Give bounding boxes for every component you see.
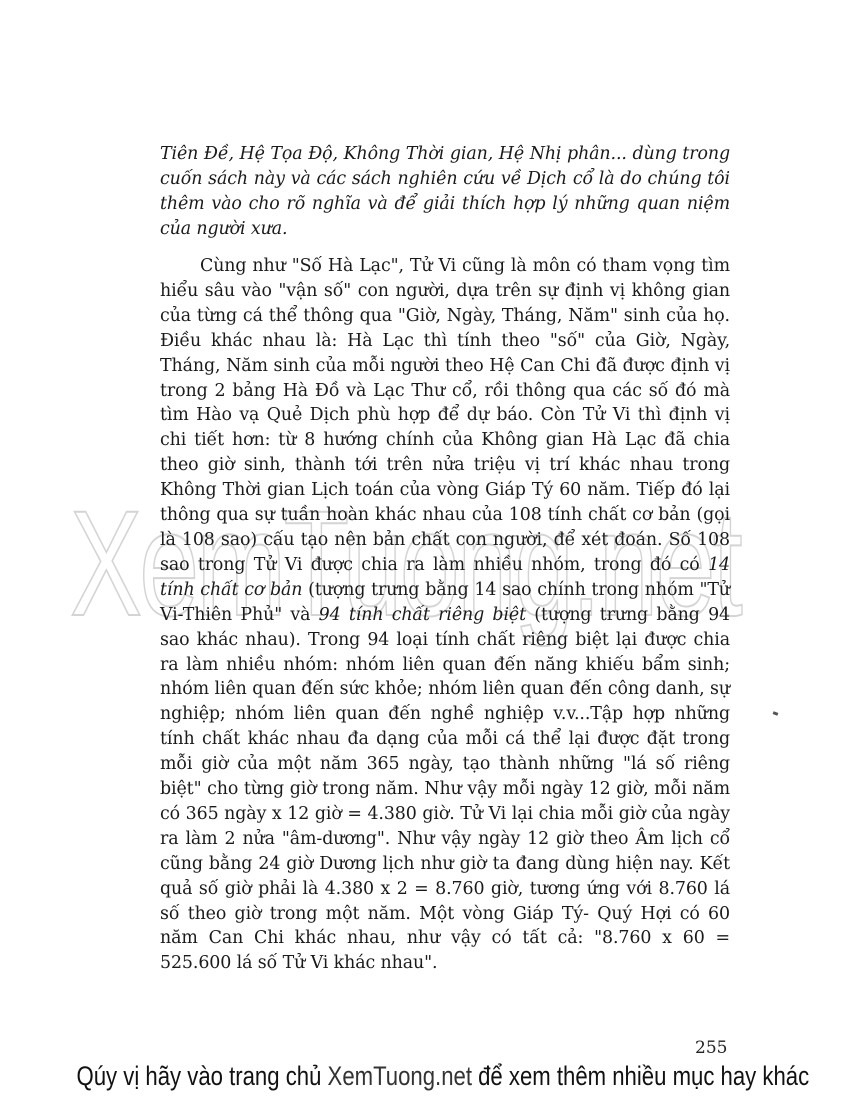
- intro-text: Tiên Đề, Hệ Tọa Độ, Không Thời gian, Hệ …: [160, 142, 730, 242]
- body-text-part1: Cùng như "Số Hà Lạc", Tử Vi cũng là môn …: [160, 256, 730, 575]
- intro-paragraph: Tiên Đề, Hệ Tọa Độ, Không Thời gian, Hệ …: [160, 142, 730, 242]
- body-text-part3: (tượng trưng bằng 94 sao khác nhau). Tro…: [160, 605, 730, 974]
- scan-artifact: [773, 711, 779, 716]
- footer-banner: Qúy vị hãy vào trang chủ XemTuong.net để…: [77, 1058, 774, 1094]
- book-page: XemTuong.net Tiên Đề, Hệ Tọa Độ, Không T…: [0, 0, 850, 1102]
- footer-text-after: để xem thêm nhiều mục hay khác: [472, 1061, 809, 1091]
- body-paragraph: Cùng như "Số Hà Lạc", Tử Vi cũng là môn …: [160, 254, 730, 976]
- body-text: Cùng như "Số Hà Lạc", Tử Vi cũng là môn …: [160, 254, 730, 976]
- footer-site-link[interactable]: XemTuong.net: [328, 1061, 472, 1091]
- footer-text-before: Qúy vị hãy vào trang chủ: [77, 1061, 328, 1091]
- page-number: 255: [695, 1038, 727, 1058]
- emphasis-distinct-traits: 94 tính chất riêng biệt: [319, 605, 526, 625]
